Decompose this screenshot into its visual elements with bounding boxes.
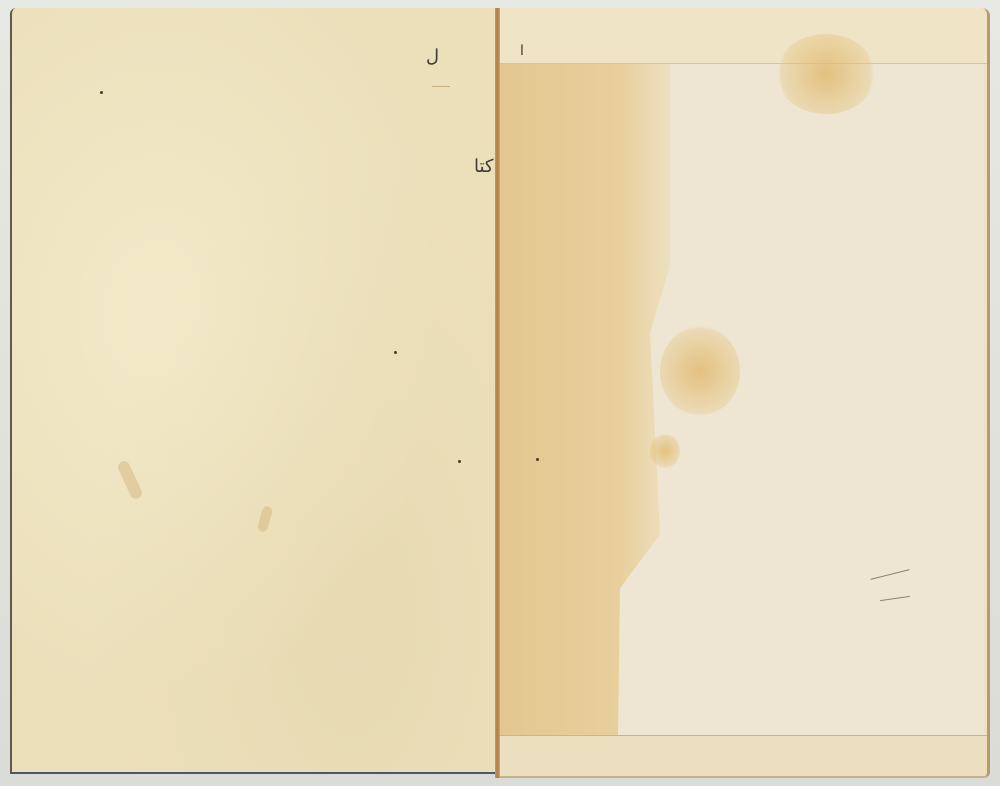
paper-fiber [257, 505, 273, 533]
right-page-top-mark: ا [520, 44, 524, 58]
inner-leaf [500, 64, 984, 736]
left-page-top-mark: ل [426, 48, 439, 66]
pencil-stroke [432, 86, 450, 87]
bottom-fold-band [500, 735, 987, 776]
paper-fiber [116, 459, 144, 500]
speck [394, 351, 397, 354]
water-stain-strip [500, 64, 670, 736]
right-page: ا [500, 8, 990, 778]
ink-scratch [880, 596, 910, 601]
speck [536, 458, 539, 461]
top-fold-band: ا [500, 8, 987, 64]
water-stain-spot [660, 326, 740, 416]
speck [100, 91, 103, 94]
water-stain-spot [776, 34, 876, 114]
speck [458, 460, 461, 463]
left-page: ل کتا [10, 8, 498, 774]
ink-scratch [870, 569, 909, 580]
water-stain-spot [650, 434, 680, 468]
left-page-center-mark: کتا [474, 158, 494, 176]
